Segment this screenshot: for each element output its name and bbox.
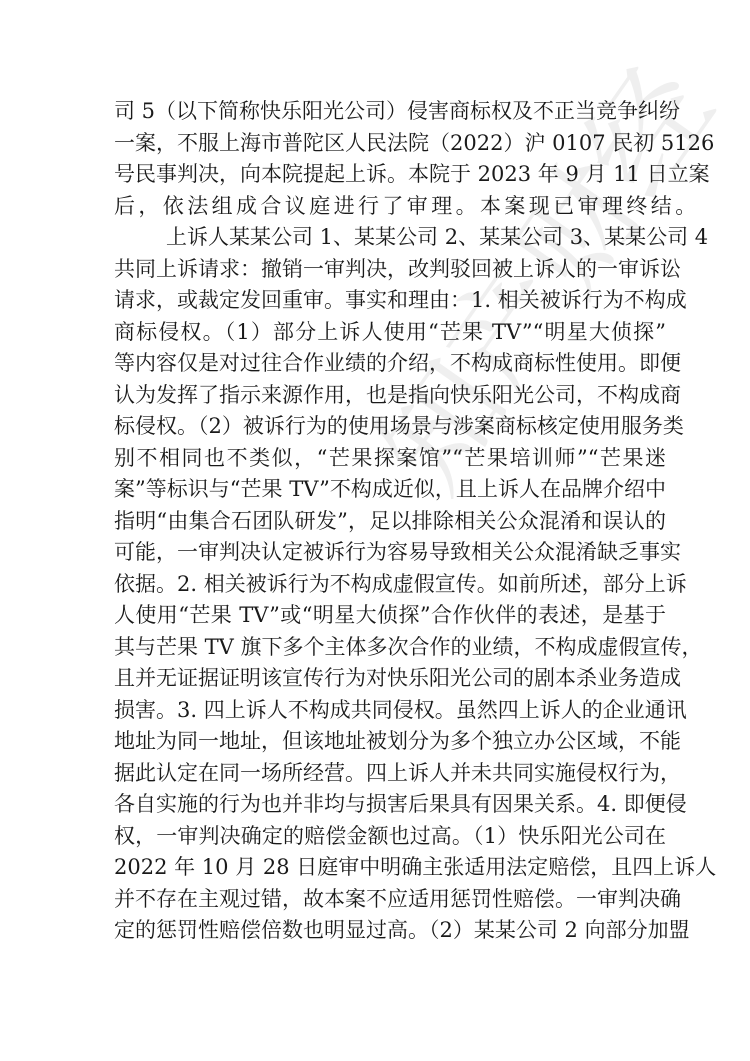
text-line: 可能，一审判决认定被诉行为容易导致相关公众混淆缺乏事实 [114, 537, 666, 569]
text-line: 号民事判决，向本院提起上诉。本院于 2023 年 9 月 11 日立案 [114, 159, 666, 191]
text-line: 权，一审判决确定的赔偿金额也过高。（1）快乐阳光公司在 [114, 821, 666, 853]
text-line: 标侵权。（2）被诉行为的使用场景与涉案商标核定使用服务类 [114, 411, 666, 443]
text-line: 其与芒果 TV 旗下多个主体多次合作的业绩，不构成虚假宣传， [114, 632, 666, 664]
text-line: 商标侵权。（1）部分上诉人使用“芒果 TV”“明星大侦探” [114, 317, 666, 349]
text-line: 定的惩罚性赔偿倍数也明显过高。（2）某某公司 2 向部分加盟 [114, 915, 666, 947]
text-line: 共同上诉请求：撤销一审判决，改判驳回被上诉人的一审诉讼 [114, 254, 666, 286]
text-line: 依据。2. 相关被诉行为不构成虚假宣传。如前所述，部分上诉 [114, 569, 666, 601]
text-line: 各自实施的行为也并非均与损害后果具有因果关系。4. 即便侵 [114, 789, 666, 821]
text-line: 别不相同也不类似，“芒果探案馆”“芒果培训师”“芒果迷 [114, 443, 666, 475]
text-line: 人使用“芒果 TV”或“明星大侦探”合作伙伴的表述，是基于 [114, 600, 666, 632]
text-line: 等内容仅是对过往合作业绩的介绍，不构成商标性使用。即便 [114, 348, 666, 380]
text-line: 后，依法组成合议庭进行了审理。本案现已审理终结。 [114, 191, 666, 223]
text-line: 请求，或裁定发回重审。事实和理由：1. 相关被诉行为不构成 [114, 285, 666, 317]
text-line: 且并无证据证明该宣传行为对快乐阳光公司的剧本杀业务造成 [114, 663, 666, 695]
text-line: 认为发挥了指示来源作用，也是指向快乐阳光公司，不构成商 [114, 380, 666, 412]
text-line: 损害。3. 四上诉人不构成共同侵权。虽然四上诉人的企业通讯 [114, 695, 666, 727]
text-line: 一案，不服上海市普陀区人民法院（2022）沪 0107 民初 5126 [114, 128, 666, 160]
text-line: 案”等标识与“芒果 TV”不构成近似，且上诉人在品牌介绍中 [114, 474, 666, 506]
text-line: 2022 年 10 月 28 日庭审中明确主张适用法定赔偿，且四上诉人 [114, 852, 666, 884]
paragraph-start-line: 上诉人某某公司 1、某某公司 2、某某公司 3、某某公司 4 [114, 222, 666, 254]
text-line: 指明“由集合石团队研发”，足以排除相关公众混淆和误认的 [114, 506, 666, 538]
text-line: 据此认定在同一场所经营。四上诉人并未共同实施侵权行为， [114, 758, 666, 790]
document-page: 知产财经 司 5（以下简称快乐阳光公司）侵害商标权及不正当竞争纠纷 一案，不服上… [0, 0, 750, 1061]
text-line: 地址为同一地址，但该地址被划分为多个独立办公区域，不能 [114, 726, 666, 758]
text-line: 并不存在主观过错，故本案不应适用惩罚性赔偿。一审判决确 [114, 884, 666, 916]
text-line: 司 5（以下简称快乐阳光公司）侵害商标权及不正当竞争纠纷 [114, 96, 666, 128]
body-text: 司 5（以下简称快乐阳光公司）侵害商标权及不正当竞争纠纷 一案，不服上海市普陀区… [114, 96, 666, 947]
